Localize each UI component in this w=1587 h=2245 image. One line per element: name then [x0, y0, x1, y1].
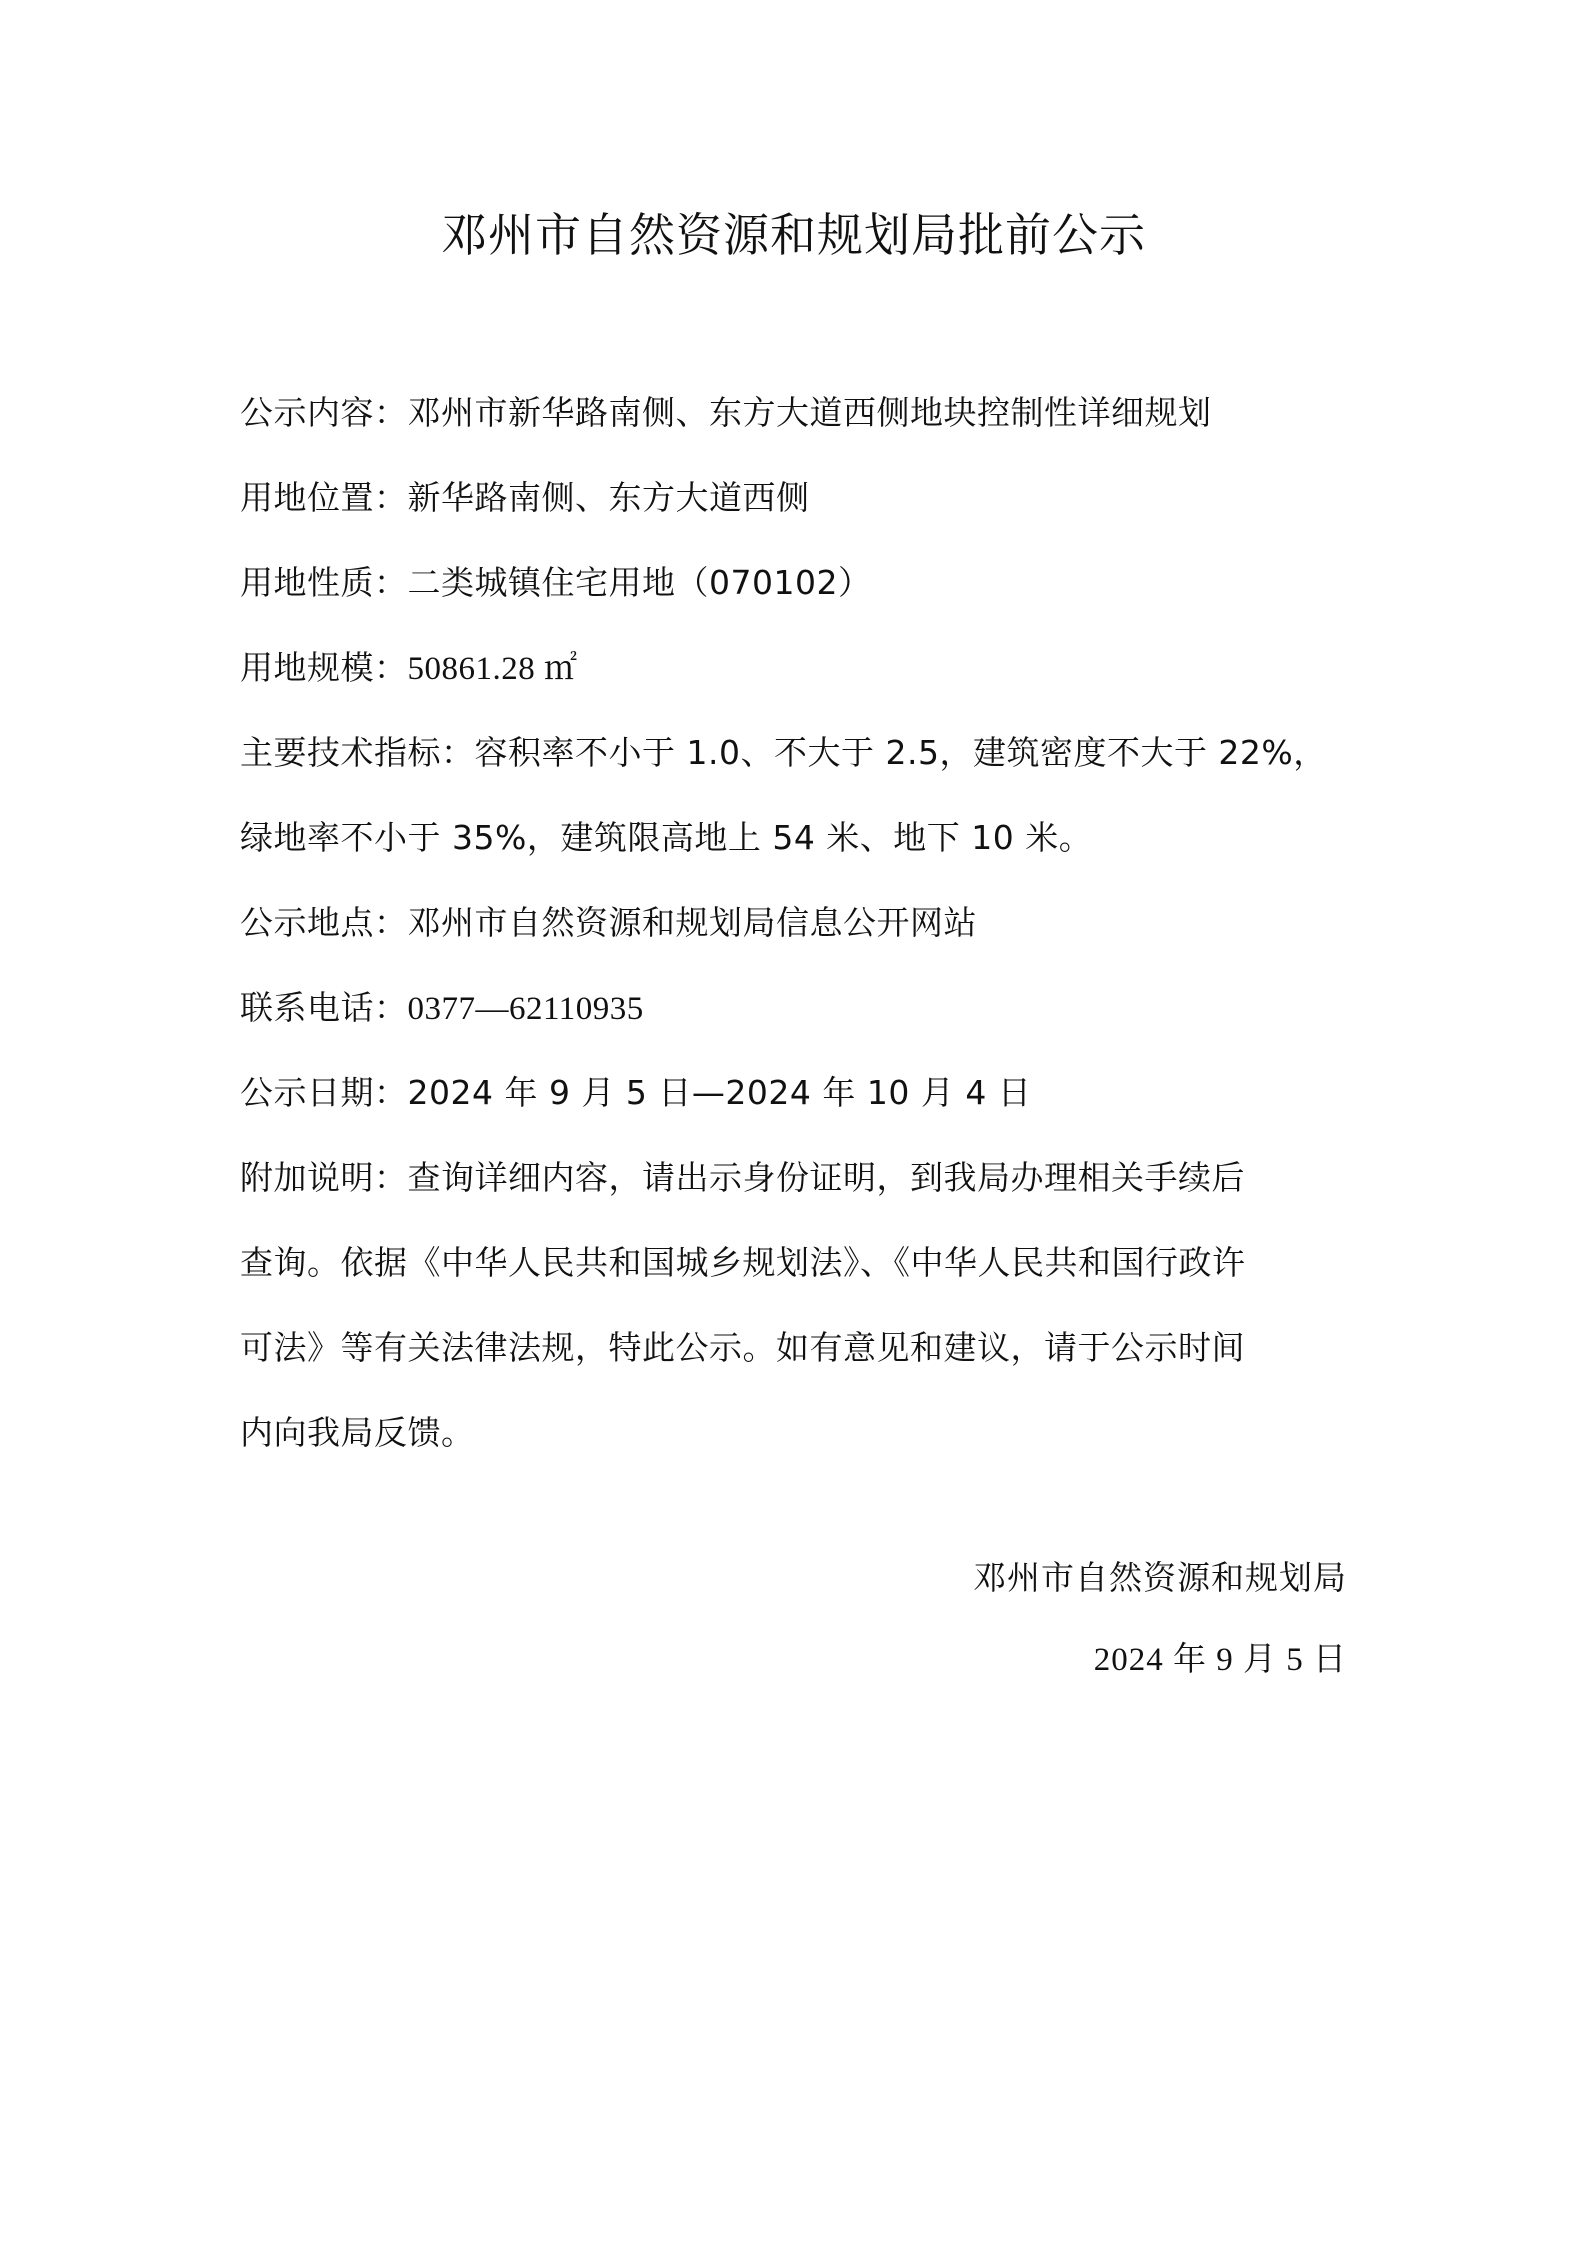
field-contact-phone: 联系电话：0377—62110935	[240, 965, 1355, 1050]
paragraph-line: 绿地率不小于 35%，建筑限高地上 54 米、地下 10 米。	[240, 795, 1355, 880]
paragraph-line: 附加说明：查询详细内容，请出示身份证明，到我局办理相关手续后	[240, 1135, 1355, 1220]
paragraph-line: 查询。依据《中华人民共和国城乡规划法》、《中华人民共和国行政许	[240, 1220, 1355, 1305]
signature-date: 2024 年 9 月 5 日	[647, 1618, 1347, 1703]
field-land-use-type: 用地性质：二类城镇住宅用地（070102）	[240, 540, 1355, 625]
field-label: 用地性质：	[240, 563, 408, 602]
field-notice-period: 公示日期：2024 年 9 月 5 日—2024 年 10 月 4 日	[240, 1050, 1355, 1135]
document-body: 公示内容：邓州市新华路南侧、东方大道西侧地块控制性详细规划 用地位置：新华路南侧…	[240, 370, 1355, 1475]
field-land-area: 用地规模：50861.28 ㎡	[240, 625, 1355, 710]
field-label: 联系电话：	[240, 988, 408, 1027]
field-value: 0377—62110935	[408, 991, 644, 1027]
paragraph-line: 主要技术指标：容积率不小于 1.0、不大于 2.5，建筑密度不大于 22%，	[240, 710, 1355, 795]
field-value: 邓州市新华路南侧、东方大道西侧地块控制性详细规划	[408, 393, 1212, 432]
field-value: 邓州市自然资源和规划局信息公开网站	[408, 903, 978, 942]
field-label: 用地规模：	[240, 648, 408, 687]
field-label: 用地位置：	[240, 478, 408, 517]
field-label: 公示日期：	[240, 1073, 408, 1112]
paragraph-line: 内向我局反馈。	[240, 1390, 1355, 1475]
field-value: 二类城镇住宅用地（070102）	[408, 563, 872, 602]
field-label: 公示内容：	[240, 393, 408, 432]
field-value: 新华路南侧、东方大道西侧	[408, 478, 810, 517]
tech-indicators-paragraph: 主要技术指标：容积率不小于 1.0、不大于 2.5，建筑密度不大于 22%， 绿…	[240, 710, 1355, 880]
document-title: 邓州市自然资源和规划局批前公示	[0, 205, 1587, 265]
document-page: 邓州市自然资源和规划局批前公示 公示内容：邓州市新华路南侧、东方大道西侧地块控制…	[0, 0, 1587, 2245]
field-value: 50861.28 ㎡	[408, 651, 578, 687]
field-label: 公示地点：	[240, 903, 408, 942]
signature-organization: 邓州市自然资源和规划局	[647, 1535, 1347, 1620]
field-notice-content: 公示内容：邓州市新华路南侧、东方大道西侧地块控制性详细规划	[240, 370, 1355, 455]
field-land-location: 用地位置：新华路南侧、东方大道西侧	[240, 455, 1355, 540]
paragraph-line: 可法》等有关法律法规，特此公示。如有意见和建议，请于公示时间	[240, 1305, 1355, 1390]
field-notice-location: 公示地点：邓州市自然资源和规划局信息公开网站	[240, 880, 1355, 965]
field-value: 2024 年 9 月 5 日—2024 年 10 月 4 日	[408, 1073, 1032, 1112]
additional-note-paragraph: 附加说明：查询详细内容，请出示身份证明，到我局办理相关手续后 查询。依据《中华人…	[240, 1135, 1355, 1475]
